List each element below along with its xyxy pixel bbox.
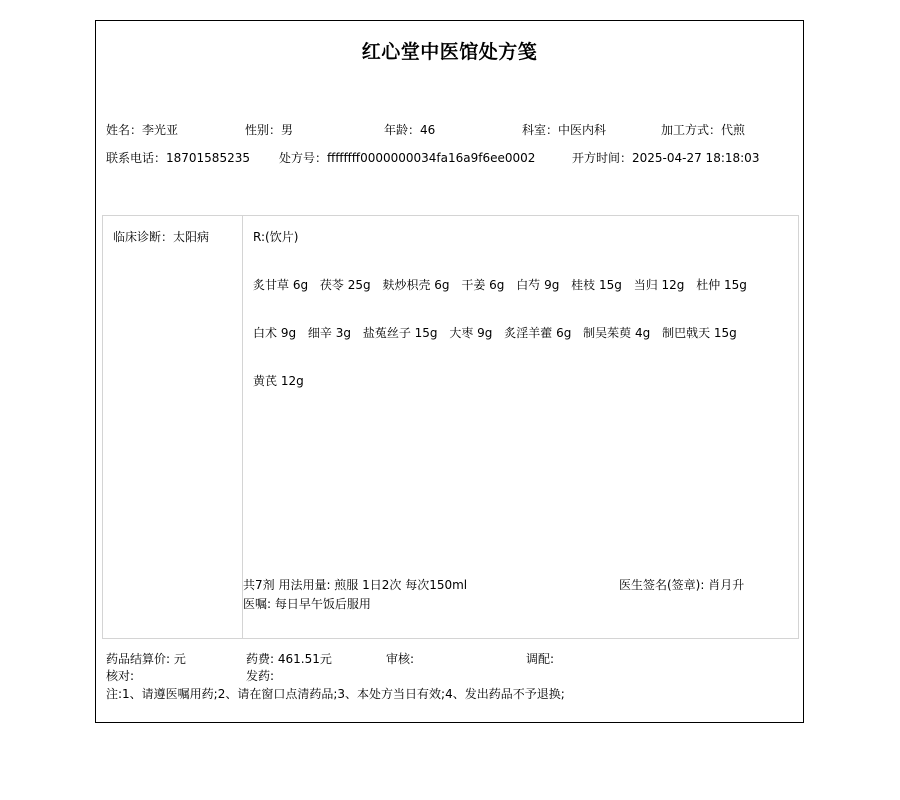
doctor-signature: 医生签名(签章): 肖月升 [619,576,744,593]
herb-line-1: 炙甘草 6g 茯苓 25g 麸炒枳壳 6g 干姜 6g 白芍 9g 桂枝 15g… [253,276,755,293]
medical-advice: 医嘱: 每日早午饭后服用 [243,595,371,612]
herb-item: 茯苓 25g [320,276,371,293]
patient-gender: 性别：男 [245,121,293,139]
herb-line-3: 黄芪 12g [253,372,312,389]
herb-item: 白术 9g [253,324,296,341]
herb-item: 黄芪 12g [253,372,304,389]
herb-item: 制巴戟天 15g [662,324,737,341]
patient-info-row-1: 姓名：李光亚 性别：男 年龄：46 科室：中医内科 加工方式：代煎 [106,121,796,139]
patient-age: 年龄：46 [384,121,435,139]
herb-line-2: 白术 9g 细辛 3g 盐菟丝子 15g 大枣 9g 炙淫羊藿 6g 制吴茱萸 … [253,324,745,341]
prescription-time: 开方时间：2025-04-27 18:18:03 [572,149,759,167]
prescription-number: 处方号：ffffffff0000000034fa16a9f6ee0002 [279,149,535,167]
herb-item: 白芍 9g [516,276,559,293]
herb-item: 杜仲 15g [696,276,747,293]
herb-item: 炙淫羊藿 6g [504,324,571,341]
drug-fee: 药费: 461.51元 [246,651,332,667]
dispense-label: 调配: [526,651,554,667]
department: 科室：中医内科 [522,121,606,139]
herb-item: 细辛 3g [308,324,351,341]
patient-name: 姓名：李光亚 [106,121,178,139]
review-label: 审核: [386,651,414,667]
diagnosis-column: 临床诊断：太阳病 [103,216,243,638]
processing-method: 加工方式：代煎 [661,121,745,139]
herb-item: 麸炒枳壳 6g [382,276,449,293]
usage-dosage: 共7剂 用法用量: 煎服 1日2次 每次150ml [243,576,467,593]
prescription-box: 临床诊断：太阳病 R:(饮片) 炙甘草 6g 茯苓 25g 麸炒枳壳 6g 干姜… [102,215,799,639]
footer-row-1: 药品结算价: 元 药费: 461.51元 审核: 调配: [106,651,796,667]
herb-item: 炙甘草 6g [253,276,308,293]
herb-item: 干姜 6g [461,276,504,293]
footer-row-2: 核对: 发药: [106,668,796,684]
herb-item: 桂枝 15g [571,276,622,293]
prescription-type: R:(饮片) [253,228,298,245]
herb-item: 制吴茱萸 4g [583,324,650,341]
check-label: 核对: [106,668,134,684]
clinical-diagnosis: 临床诊断：太阳病 [113,228,209,245]
herb-item: 大枣 9g [449,324,492,341]
herb-item: 盐菟丝子 15g [363,324,438,341]
patient-info-row-2: 联系电话：18701585235 处方号：ffffffff0000000034f… [106,149,796,167]
document-title: 红心堂中医馆处方笺 [96,37,803,64]
issue-label: 发药: [246,668,274,684]
drug-settlement-price: 药品结算价: 元 [106,651,186,667]
prescription-sheet: 红心堂中医馆处方笺 姓名：李光亚 性别：男 年龄：46 科室：中医内科 加工方式… [95,20,804,723]
herb-item: 当归 12g [634,276,685,293]
prescription-column: R:(饮片) 炙甘草 6g 茯苓 25g 麸炒枳壳 6g 干姜 6g 白芍 9g… [243,216,798,638]
contact-phone: 联系电话：18701585235 [106,149,250,167]
footer-notes: 注:1、请遵医嘱用药;2、请在窗口点清药品;3、本处方当日有效;4、发出药品不予… [106,686,565,702]
